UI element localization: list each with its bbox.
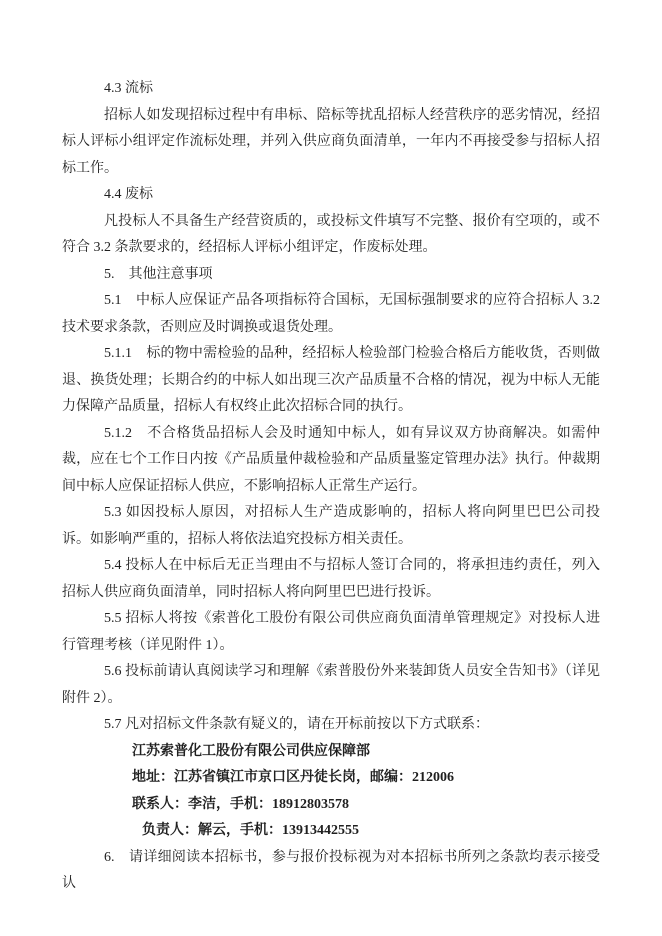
clause-5-6: 5.6 投标前请认真阅读学习和理解《索普股份外来装卸货人员安全告知书》（详见附件… — [62, 659, 600, 712]
contact-address: 地址：江苏省镇江市京口区丹徒长岗，邮编：212006 — [132, 765, 600, 792]
section-4-4-body: 凡投标人不具备生产经营资质的，或投标文件填写不完整、报价有空项的，或不符合 3.… — [62, 209, 600, 262]
section-4-4-heading: 4.4 废标 — [62, 182, 600, 209]
clause-5-1-1: 5.1.1 标的物中需检验的品种，经招标人检验部门检验合格后方能收货，否则做退、… — [62, 341, 600, 421]
clause-5-5: 5.5 招标人将按《索普化工股份有限公司供应商负面清单管理规定》对投标人进行管理… — [62, 606, 600, 659]
document-page: 4.3 流标 招标人如发现招标过程中有串标、陪标等扰乱招标人经营秩序的恶劣情况，… — [0, 0, 662, 936]
clause-5-3: 5.3 如因投标人原因，对招标人生产造成影响的，招标人将向阿里巴巴公司投诉。如影… — [62, 500, 600, 553]
contact-person: 联系人：李洁，手机：18912803578 — [132, 792, 600, 819]
clause-5-4: 5.4 投标人在中标后无正当理由不与招标人签订合同的，将承担违约责任，列入招标人… — [62, 553, 600, 606]
section-4-3-heading: 4.3 流标 — [62, 76, 600, 103]
clause-6: 6. 请详细阅读本招标书，参与报价投标视为对本招标书所列之条款均表示接受认 — [62, 845, 600, 898]
clause-5-1-2: 5.1.2 不合格货品招标人会及时通知中标人，如有异议双方协商解决。如需仲裁，应… — [62, 421, 600, 501]
clause-5-7: 5.7 凡对招标文件条款有疑义的，请在开标前按以下方式联系： — [62, 712, 600, 739]
section-5-heading: 5. 其他注意事项 — [62, 262, 600, 289]
clause-5-1: 5.1 中标人应保证产品各项指标符合国标，无国标强制要求的应符合招标人 3.2 … — [62, 288, 600, 341]
contact-owner: 负责人：解云，手机：13913442555 — [142, 818, 600, 845]
contact-department: 江苏索普化工股份有限公司供应保障部 — [132, 739, 600, 766]
section-4-3-body: 招标人如发现招标过程中有串标、陪标等扰乱招标人经营秩序的恶劣情况，经招标人评标小… — [62, 103, 600, 183]
